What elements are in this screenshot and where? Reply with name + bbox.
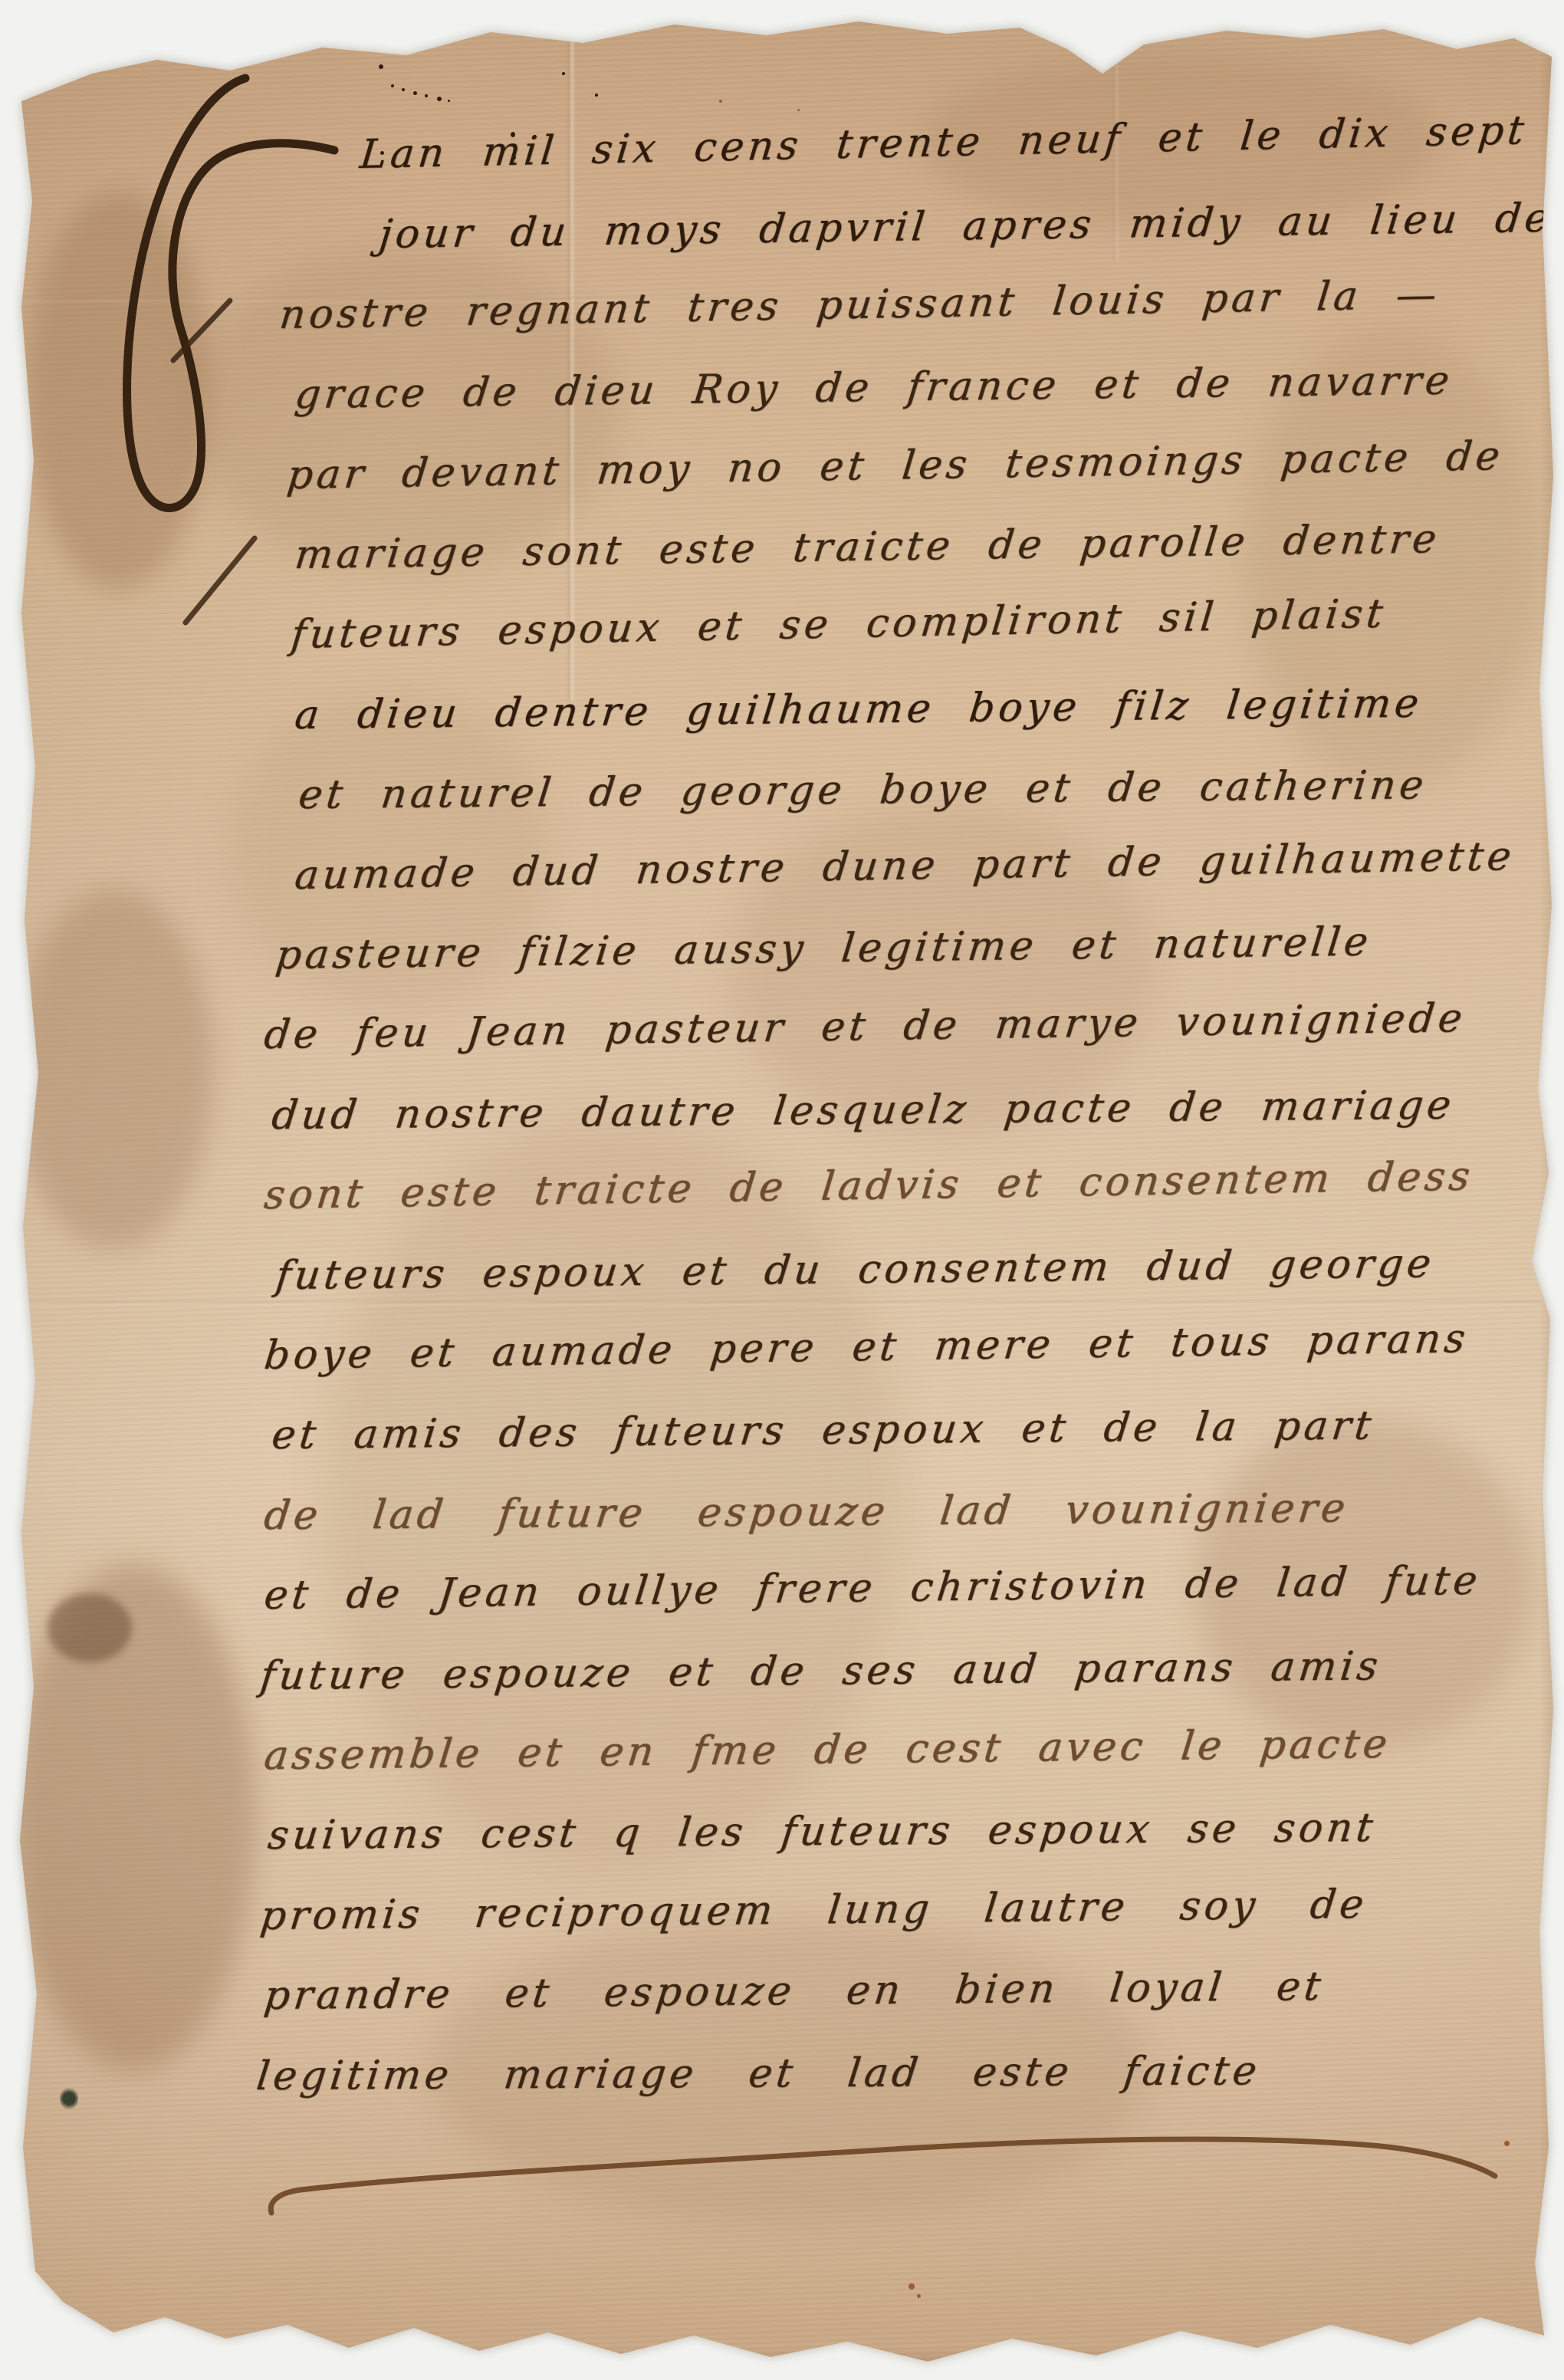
manuscript-line: suivans cest q les futeurs espoux se son… — [266, 1808, 1378, 1856]
stain — [26, 192, 210, 590]
ink-speck — [413, 91, 417, 95]
manuscript-line: pasteure filzie aussy legitime et nature… — [274, 922, 1374, 976]
manuscript-line: Lan mil six cens trente neuf et le dix s… — [358, 110, 1529, 175]
scanner-background: Lan mil six cens trente neuf et le dix s… — [0, 0, 1564, 2380]
stain — [48, 1593, 132, 1662]
manuscript-line: mariage sont este traicte de parolle den… — [293, 519, 1442, 575]
manuscript-line: et amis des futeurs espoux et de la part — [270, 1405, 1377, 1455]
ink-speck — [909, 2283, 915, 2290]
ink-speck — [437, 97, 442, 101]
manuscript-line: par devant moy no et les tesmoings pacte… — [285, 436, 1505, 495]
ink-speck — [595, 94, 598, 97]
fold-crease — [23, 1300, 1541, 1306]
manuscript-line: boye et aumade pere et mere et tous para… — [262, 1319, 1470, 1376]
ink-speck — [379, 64, 383, 69]
manuscript-line: grace de dieu Roy de france et de navarr… — [293, 361, 1455, 416]
manuscript-line: futeurs espoux et se compliront sil plai… — [289, 594, 1388, 656]
manuscript-line: jour du moys dapvril apres midy au lieu … — [377, 199, 1554, 255]
ink-speck — [917, 2294, 921, 2298]
manuscript-line: legitime mariage et lad este faicte — [255, 2051, 1263, 2096]
manuscript-page: Lan mil six cens trente neuf et le dix s… — [0, 0, 1564, 2380]
manuscript-line: et de Jean oullye frere christovin de la… — [262, 1561, 1483, 1616]
ink-speck — [562, 72, 565, 75]
stain — [14, 889, 213, 1250]
paragraph-mark — [186, 538, 255, 623]
manuscript-line: sont este traicte de ladvis et consentem… — [262, 1156, 1475, 1215]
manuscript-line: prandre et espouze en bien loyal et — [262, 1967, 1326, 2016]
manuscript-line: et naturel de george boye et de catherin… — [297, 765, 1429, 815]
ink-speck — [1504, 2141, 1510, 2146]
manuscript-line: de lad future espouze lad vounigniere — [262, 1488, 1351, 1536]
ink-speck — [448, 100, 450, 102]
manuscript-line: assemble et en fme de cest avec le pacte — [262, 1724, 1393, 1776]
manuscript-line: de feu Jean pasteur et de marye vounigni… — [262, 998, 1467, 1055]
manuscript-line: dud nostre dautre lesquelz pacte de mari… — [270, 1086, 1457, 1136]
ink-speck — [391, 84, 394, 87]
manuscript-line: promis reciproquem lung lautre soy de — [258, 1885, 1369, 1936]
manuscript-line: aumade dud nostre dune part de guilhaume… — [293, 837, 1516, 896]
manuscript-line: nostre regnant tres puissant louis par l… — [278, 275, 1442, 336]
closing-flourish-line — [271, 2139, 1495, 2213]
ink-speck — [797, 109, 800, 111]
ink-speck — [425, 94, 428, 97]
ink-blot — [60, 2087, 78, 2110]
stain — [11, 1564, 256, 2070]
manuscript-line: future espouze et de ses aud parans amis — [258, 1646, 1384, 1696]
manuscript-line: futeurs espoux et du consentem dud georg… — [274, 1244, 1437, 1296]
manuscript-page-wrap: Lan mil six cens trente neuf et le dix s… — [0, 0, 1564, 2380]
paragraph-mark — [173, 301, 230, 360]
manuscript-line: a dieu dentre guilhaume boye filz legiti… — [293, 684, 1424, 735]
ink-speck — [402, 88, 405, 91]
ink-speck — [719, 100, 722, 103]
